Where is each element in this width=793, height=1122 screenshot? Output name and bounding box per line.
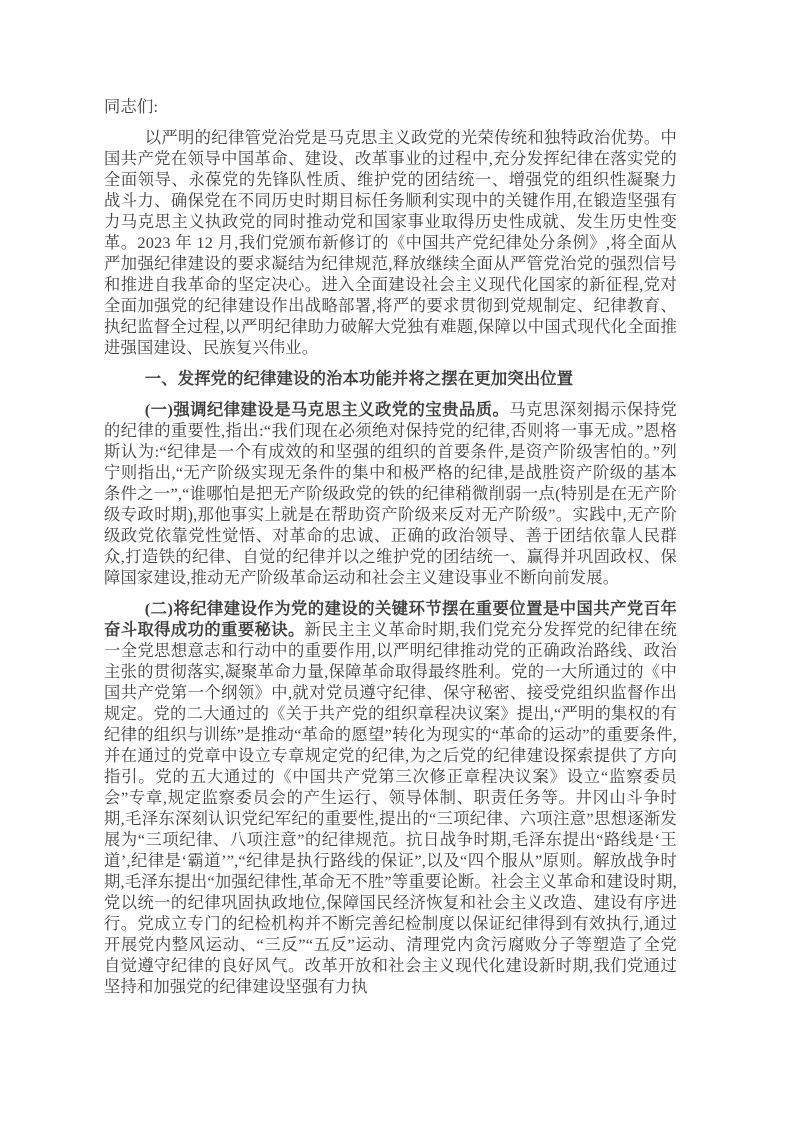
salutation: 同志们: (104, 96, 677, 117)
paragraph-sub-2: (二)将纪律建设作为党的建设的关键环节摆在重要位置是中国共产党百年奋斗取得成功的… (104, 598, 677, 997)
paragraph-sub-1-lead: (一)强调纪律建设是马克思主义政党的宝贵品质。 (145, 400, 510, 419)
section-1-heading: 一、发挥党的纪律建设的治本功能并将之摆在更加突出位置 (104, 368, 677, 389)
opening-paragraph: 以严明的纪律管党治党是马克思主义政党的光荣传统和独特政治优势。中国共产党在领导中… (104, 127, 677, 358)
paragraph-sub-1: (一)强调纪律建设是马克思主义政党的宝贵品质。马克思深刻揭示保持党的纪律的重要性… (104, 399, 677, 588)
document-page: 同志们: 以严明的纪律管党治党是马克思主义政党的光荣传统和独特政治优势。中国共产… (0, 0, 793, 1122)
paragraph-sub-1-body: 马克思深刻揭示保持党的纪律的重要性,指出:“我们现在必须绝对保持党的纪律,否则将… (104, 400, 677, 587)
paragraph-sub-2-body: 新民主主义革命时期,我们党充分发挥党的纪律在统一全党思想意志和行动中的重要作用,… (104, 620, 677, 996)
